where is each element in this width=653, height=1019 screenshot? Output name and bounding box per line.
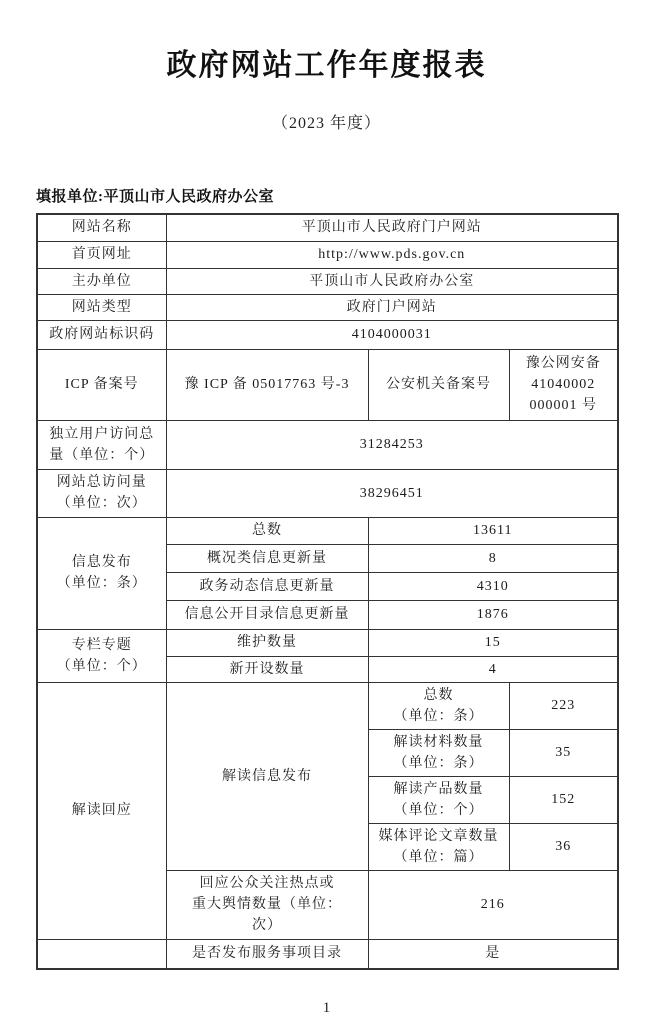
row-value-homepage-url: http://www.pds.gov.cn [166, 241, 618, 268]
row-label-maintained-count: 维护数量 [166, 629, 368, 656]
row-value-disclosure-updates: 1876 [368, 600, 618, 629]
page-title: 政府网站工作年度报表 [0, 0, 653, 84]
report-table: 网站名称 平顶山市人民政府门户网站 首页网址 http://www.pds.go… [36, 213, 619, 970]
row-value-site-type: 政府门户网站 [166, 294, 618, 320]
row-value-interp-materials: 35 [509, 729, 618, 776]
row-label-interp-total: 总数 （单位：条） [368, 682, 509, 729]
row-label-icp: ICP 备案号 [37, 349, 166, 420]
row-label-info-total: 总数 [166, 517, 368, 544]
row-value-interp-products: 152 [509, 776, 618, 823]
row-label-unique-visitors: 独立用户访问总 量（单位：个） [37, 420, 166, 469]
table-row: 政府网站标识码 4104000031 [37, 320, 618, 349]
row-label-public-response: 回应公众关注热点或 重大舆情数量（单位： 次） [166, 870, 368, 939]
table-row: 信息发布 （单位：条） 总数 13611 [37, 517, 618, 544]
row-label-organizer: 主办单位 [37, 268, 166, 294]
table-row: 网站总访问量 （单位：次） 38296451 [37, 469, 618, 517]
row-value-organizer: 平顶山市人民政府办公室 [166, 268, 618, 294]
row-value-public-response: 216 [368, 870, 618, 939]
row-value-media-articles: 36 [509, 823, 618, 870]
row-value-site-code: 4104000031 [166, 320, 618, 349]
row-label-site-type: 网站类型 [37, 294, 166, 320]
row-label-site-code: 政府网站标识码 [37, 320, 166, 349]
row-value-police-record: 豫公网安备 41040002 000001 号 [509, 349, 618, 420]
page-number: 1 [0, 1000, 653, 1017]
row-value-site-name: 平顶山市人民政府门户网站 [166, 214, 618, 241]
table-row: 网站名称 平顶山市人民政府门户网站 [37, 214, 618, 241]
empty-cell [37, 939, 166, 969]
row-label-interp-materials: 解读材料数量 （单位：条） [368, 729, 509, 776]
table-row: 独立用户访问总 量（单位：个） 31284253 [37, 420, 618, 469]
row-label-media-articles: 媒体评论文章数量 （单位：篇） [368, 823, 509, 870]
row-label-police-record: 公安机关备案号 [368, 349, 509, 420]
table-row: 专栏专题 （单位：个） 维护数量 15 [37, 629, 618, 656]
section-header-interpretation: 解读回应 [37, 682, 166, 939]
row-label-newly-opened-count: 新开设数量 [166, 656, 368, 682]
row-value-icp: 豫 ICP 备 05017763 号-3 [166, 349, 368, 420]
row-value-unique-visitors: 31284253 [166, 420, 618, 469]
table-row: 主办单位 平顶山市人民政府办公室 [37, 268, 618, 294]
table-row: 是否发布服务事项目录 是 [37, 939, 618, 969]
table-row: 解读回应 解读信息发布 总数 （单位：条） 223 [37, 682, 618, 729]
section-header-columns-topics: 专栏专题 （单位：个） [37, 629, 166, 682]
row-label-total-visits: 网站总访问量 （单位：次） [37, 469, 166, 517]
row-label-gov-news-updates: 政务动态信息更新量 [166, 572, 368, 600]
section-header-interpretation-publish: 解读信息发布 [166, 682, 368, 870]
row-value-overview-updates: 8 [368, 544, 618, 572]
reporting-unit: 填报单位:平顶山市人民政府办公室 [36, 185, 653, 206]
row-label-site-name: 网站名称 [37, 214, 166, 241]
row-label-disclosure-updates: 信息公开目录信息更新量 [166, 600, 368, 629]
report-page: 政府网站工作年度报表 （2023 年度） 填报单位:平顶山市人民政府办公室 网站… [0, 0, 653, 1019]
row-label-overview-updates: 概况类信息更新量 [166, 544, 368, 572]
row-value-maintained-count: 15 [368, 629, 618, 656]
row-label-service-directory: 是否发布服务事项目录 [166, 939, 368, 969]
row-label-interp-products: 解读产品数量 （单位：个） [368, 776, 509, 823]
row-value-info-total: 13611 [368, 517, 618, 544]
row-value-interp-total: 223 [509, 682, 618, 729]
row-value-newly-opened-count: 4 [368, 656, 618, 682]
row-label-homepage-url: 首页网址 [37, 241, 166, 268]
page-subtitle: （2023 年度） [0, 110, 653, 133]
table-row: 首页网址 http://www.pds.gov.cn [37, 241, 618, 268]
row-value-service-directory: 是 [368, 939, 618, 969]
row-value-gov-news-updates: 4310 [368, 572, 618, 600]
table-row: ICP 备案号 豫 ICP 备 05017763 号-3 公安机关备案号 豫公网… [37, 349, 618, 420]
section-header-info-publish: 信息发布 （单位：条） [37, 517, 166, 629]
table-row: 网站类型 政府门户网站 [37, 294, 618, 320]
row-value-total-visits: 38296451 [166, 469, 618, 517]
